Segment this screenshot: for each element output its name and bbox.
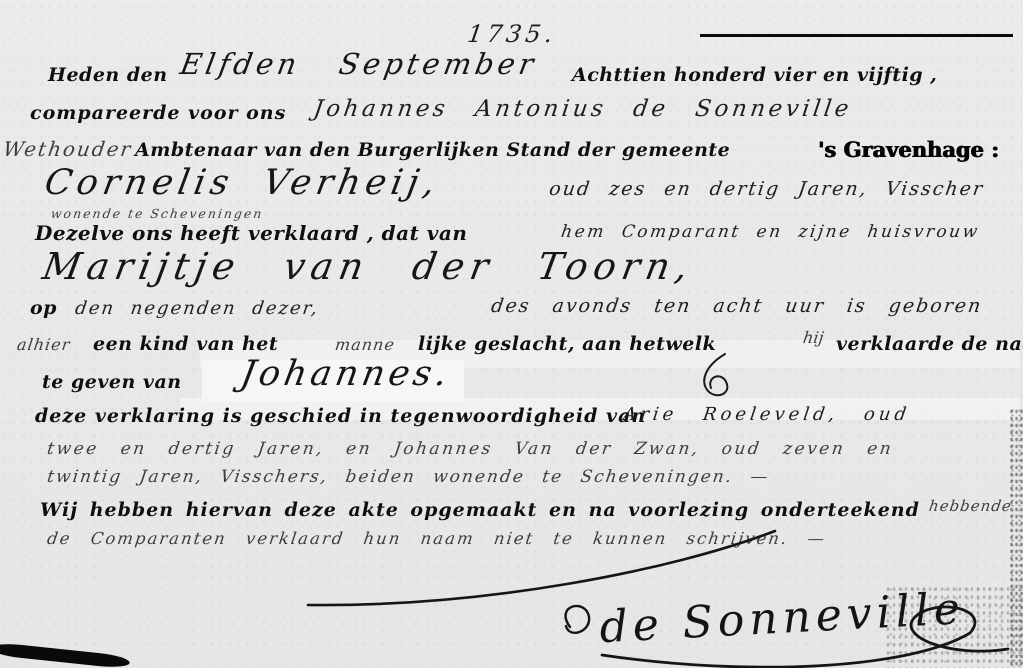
printed-verklaring: deze verklaring is geschied in tegenwoor… (35, 407, 646, 426)
act-number: 1735. (466, 22, 558, 46)
printed-dezelve: Dezelve ons heeft verklaard , dat van (35, 223, 467, 243)
hand-alhier: alhier (16, 337, 71, 353)
hand-manne: manne (334, 337, 396, 353)
hand-birth-day: den negenden dezer, (74, 300, 320, 318)
hand-child-name: Johannes. (238, 357, 454, 392)
printed-een-kind: een kind van het (93, 335, 278, 354)
printed-lijke-geslacht: lijke geslacht, aan hetwelk (418, 335, 716, 354)
hand-father-residence: wonende te Scheveningen (50, 208, 264, 221)
blackletter-gravenhage: 's Gravenhage : (818, 139, 999, 160)
printed-compareerde: compareerde voor ons (30, 104, 286, 123)
hand-witness-details-1: twee en dertig Jaren, en Johannes Van de… (46, 441, 894, 458)
printed-ambtenaar: Ambtenaar van den Burgerlijken Stand der… (135, 141, 730, 160)
hand-wethouder: Wethouder (2, 139, 134, 159)
hand-father-name: Cornelis Verheij, (42, 166, 442, 201)
scanned-birth-record: 1735. Heden den Elfden September Achttie… (0, 0, 1023, 668)
hand-birth-hour: des avonds ten acht uur is geboren (490, 297, 984, 316)
hand-date-day-month: Elfden September (178, 50, 539, 79)
hand-father-age-occupation: oud zes en dertig Jaren, Visscher (548, 180, 985, 199)
hand-witness-details-2: twintig Jaren, Visschers, beiden wonende… (46, 469, 771, 486)
printed-heden-den: Heden den (48, 66, 168, 85)
hand-registrar-name: Johannes Antonius de Sonneville (312, 98, 853, 121)
printed-op: op (30, 299, 57, 318)
printed-year: Achttien honderd vier en vijftig , (572, 66, 937, 85)
signature-start-loop (566, 606, 590, 633)
printed-verklaarde-naam: verklaarde de naam (836, 335, 1023, 354)
scan-artifact-bottom-left (0, 642, 130, 668)
hand-witness1: Arie Roeleveld, oud (622, 406, 911, 424)
printed-te-geven-van: te geven van (42, 373, 182, 392)
signature-block: de Sonneville (270, 505, 1023, 668)
hand-mother-name: Marijtje van der Toorn, (40, 248, 697, 285)
hand-comparant-huisvrouw: hem Comparant en zijne huisvrouw (560, 224, 981, 241)
signature-sweep-flourish (308, 531, 775, 605)
hand-hij: hij (802, 330, 825, 346)
signature-text: de Sonneville (598, 583, 966, 653)
top-rule (700, 34, 1013, 37)
